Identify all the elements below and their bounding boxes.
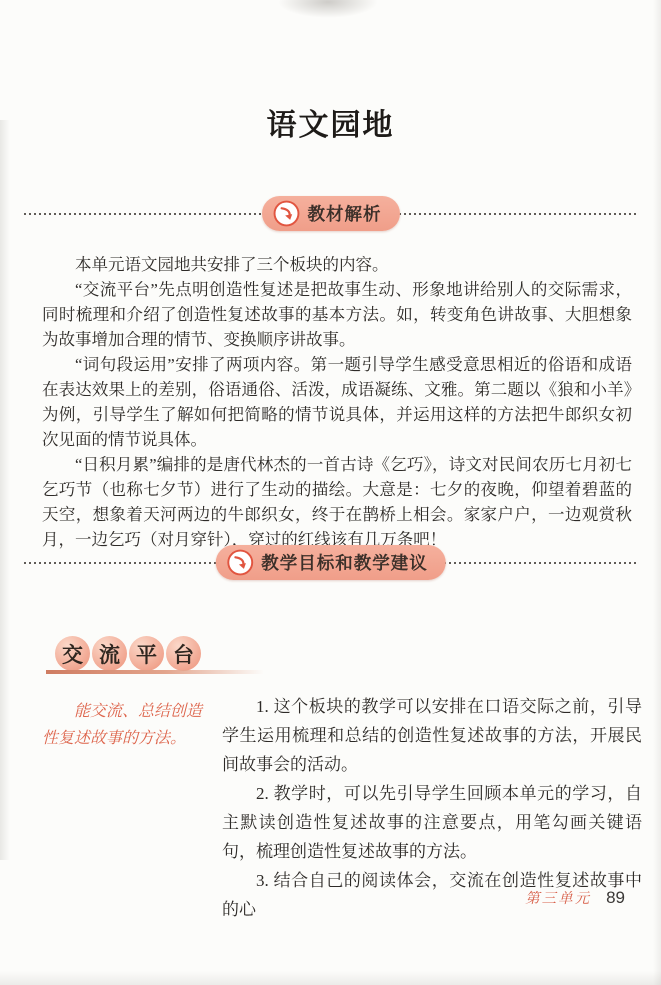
teaching-badge: 教学目标和教学建议: [215, 545, 446, 580]
analysis-paragraphs: 本单元语文园地共安排了三个板块的内容。 “交流平台”先点明创造性复述是把故事生动…: [42, 252, 632, 552]
right-edge-shade: [653, 0, 661, 985]
teaching-section-divider: 教学目标和教学建议: [0, 545, 661, 581]
page-title: 语文园地: [0, 100, 661, 144]
bottom-edge-shade: [0, 971, 661, 985]
platform-heading: 交流平台: [55, 636, 355, 671]
page-number: 89: [606, 888, 625, 908]
analysis-badge-label: 教材解析: [308, 201, 382, 226]
page-footer: 第三单元 89: [525, 887, 625, 908]
heading-char-circle: 平: [129, 636, 164, 671]
analysis-paragraph-4: “日积月累”编排的是唐代林杰的一首古诗《乞巧》，诗文对民间农历七月初七乞巧节（也…: [42, 452, 632, 552]
analysis-paragraph-3: “词句段运用”安排了两项内容。第一题引导学生感受意思相近的俗语和成语在表达效果上…: [42, 352, 632, 452]
circled-down-arrow-icon: [273, 200, 300, 227]
heading-char-circle: 流: [92, 636, 127, 671]
heading-char-circle: 台: [166, 636, 201, 671]
book-page: 语文园地 教材解析 本单元语文园地共安排了三个板块的内容。 “交流平台”先点明创…: [0, 0, 661, 985]
unit-label: 第三单元: [525, 887, 591, 908]
analysis-paragraph-2: “交流平台”先点明创造性复述是把故事生动、形象地讲给别人的交际需求，同时梳理和介…: [42, 277, 632, 352]
scan-smudge-artifact: [278, 0, 378, 18]
teaching-badge-label: 教学目标和教学建议: [261, 550, 428, 575]
heading-char-circle: 交: [55, 636, 90, 671]
circled-down-arrow-icon: [226, 549, 253, 576]
analysis-paragraph-1: 本单元语文园地共安排了三个板块的内容。: [42, 252, 632, 277]
heading-underline: [46, 670, 264, 674]
suggestion-2: 2. 教学时，可以先引导学生回顾本单元的学习，自主默读创造性复述故事的注意要点，…: [222, 779, 642, 866]
objective-side-note: 能交流、总结创造性复述故事的方法。: [42, 698, 217, 752]
analysis-section-divider: 教材解析: [0, 196, 661, 232]
analysis-badge: 教材解析: [262, 196, 400, 231]
suggestion-1: 1. 这个板块的教学可以安排在口语交际之前，引导学生运用梳理和总结的创造性复述故…: [222, 692, 642, 779]
